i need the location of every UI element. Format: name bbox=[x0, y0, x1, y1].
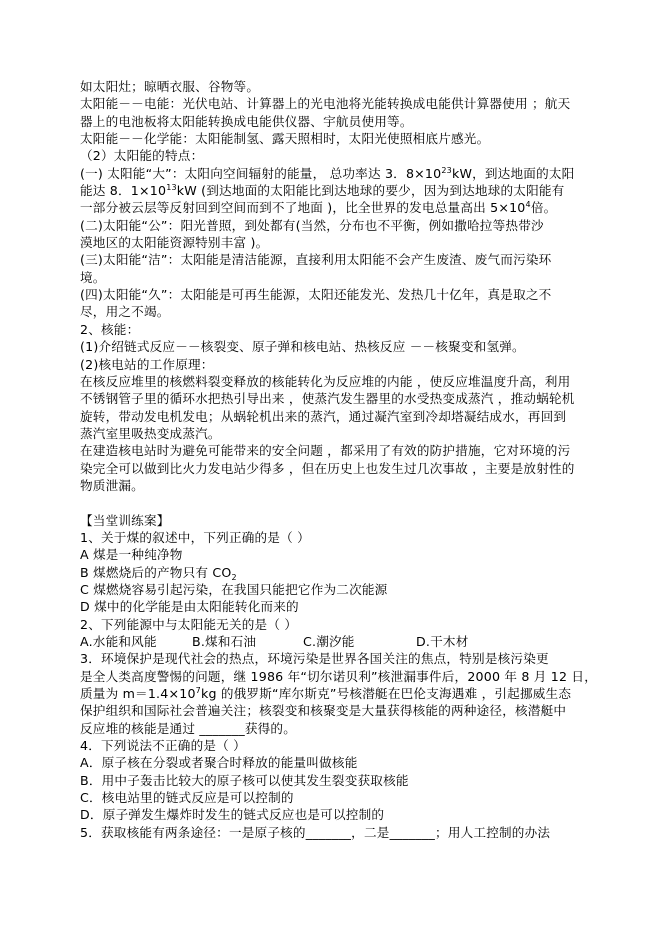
practice-heading: 【当堂训练案】 bbox=[80, 512, 585, 529]
text-line: 染完全可以做到比火力发电站少得多 ，但在历史上也发生过几次事故 ，主要是放射性的 bbox=[80, 460, 585, 477]
text: 质量为 m＝1.4×10 bbox=[80, 686, 196, 701]
text-line: (2)核电站的工作原理： bbox=[80, 356, 585, 373]
text-line: 蒸汽室里吸热变成蒸汽。 bbox=[80, 425, 585, 442]
text: 倍。 bbox=[531, 200, 557, 215]
text: (一) 太阳能“大”：太阳向空间辐射的能量， 总功率达 3．8×10 bbox=[80, 166, 441, 181]
feature-clean: 境。 bbox=[80, 269, 585, 286]
question-4-option-a: A．原子核在分裂或者聚合时释放的能量叫做核能 bbox=[80, 754, 585, 771]
text-line: (1)介绍链式反应－－核裂变、原子弹和核电站、热核反应 －－核聚变和氢弹。 bbox=[80, 338, 585, 355]
text-line: 太阳能－－电能：光伏电站、计算器上的光电池将光能转换成电能供计算器使用 ；航天 bbox=[80, 95, 585, 112]
text: 一部分被云层等反射回到空间而到不了地面 )，比全世界的发电总量高出 5×10 bbox=[80, 200, 526, 215]
question-3-line: 3．环境保护是现代社会的热点，环境污染是世界各国关注的焦点，特别是核污染更 bbox=[80, 650, 585, 667]
text-line: 在核反应堆里的核燃料裂变释放的核能转化为反应堆的内能 ，使反应堆温度升高，利用 bbox=[80, 373, 585, 390]
feature-big-line2: 能达 8．1×1013kW (到达地面的太阳能比到达地球的要少，因为到达地球的太… bbox=[80, 182, 585, 199]
question-4-option-b: B．用中子轰击比较大的原子核可以使其发生裂变获取核能 bbox=[80, 772, 585, 789]
feature-big-line1: (一) 太阳能“大”：太阳向空间辐射的能量， 总功率达 3．8×1023kW，到… bbox=[80, 165, 585, 182]
text-line: 物质泄漏。 bbox=[80, 477, 585, 494]
question-1-stem: 1、关于煤的叙述中，下列正确的是（ ） bbox=[80, 529, 585, 546]
question-4-option-c: C．核电站里的链式反应是可以控制的 bbox=[80, 789, 585, 806]
feature-clean: (三)太阳能“洁”：太阳能是清洁能源，直接利用太阳能不会产生废渣、废气而污染环 bbox=[80, 251, 585, 268]
question-3-line: 保护组织和国际社会普遍关注；核裂变和核聚变是大量获得核能的两种途径，核潜艇中 bbox=[80, 702, 585, 719]
question-2-option-d: D.干木材 bbox=[416, 633, 468, 650]
feature-big-line3: 一部分被云层等反射回到空间而到不了地面 )，比全世界的发电总量高出 5×104倍… bbox=[80, 199, 585, 216]
feature-public: (二)太阳能“公”：阳光普照，到处都有(当然，分布也不平衡，例如撒哈拉等热带沙 bbox=[80, 217, 585, 234]
text-line: 器上的电池板将太阳能转换成电能供仪器、宇航员使用等。 bbox=[80, 113, 585, 130]
feature-public: 漠地区的太阳能资源特别丰富 )。 bbox=[80, 234, 585, 251]
text-line: 太阳能－－化学能：太阳能制氢、露天照相时，太阳光使照相底片感光。 bbox=[80, 130, 585, 147]
question-3-line: 是全人类高度警惕的问题，继 1986 年“切尔诺贝利”核泄漏事件后，2000 年… bbox=[80, 668, 585, 685]
question-3-line: 反应堆的核能是通过 _______获得的。 bbox=[80, 720, 585, 737]
heading-nuclear: 2、核能： bbox=[80, 321, 585, 338]
text-line: 如太阳灶；晾晒衣服、谷物等。 bbox=[80, 78, 585, 95]
question-1-option-a: A 煤是一种纯净物 bbox=[80, 546, 585, 563]
text: 能达 8．1×10 bbox=[80, 183, 166, 198]
question-1-option-c: C 煤燃烧容易引起污染，在我国只能把它作为二次能源 bbox=[80, 581, 585, 598]
question-1-option-d: D 煤中的化学能是由太阳能转化而来的 bbox=[80, 598, 585, 615]
text-line: 不锈钢管子里的循环水把热引导出来 ，使蒸汽发生器里的水受热变成蒸汽 ，推动蜗轮机 bbox=[80, 390, 585, 407]
question-2-stem: 2、下列能源中与太阳能无关的是（ ） bbox=[80, 616, 585, 633]
text-line: 在建造核电站时为避免可能带来的安全问题 ，都采用了有效的防护措施，它对环境的污 bbox=[80, 442, 585, 459]
question-3-line: 质量为 m＝1.4×107kg 的俄罗斯“库尔斯克”号核潜艇在巴伦支海遇难 ，引… bbox=[80, 685, 585, 702]
subheading-solar-features: （2）太阳能的特点： bbox=[80, 147, 585, 164]
feature-lasting: 尽，用之不竭。 bbox=[80, 303, 585, 320]
question-4-option-d: D．原子弹发生爆炸时发生的链式反应也是可以控制的 bbox=[80, 806, 585, 823]
feature-lasting: (四)太阳能“久”：太阳能是可再生能源，太阳还能发光、发热几十亿年，真是取之不 bbox=[80, 286, 585, 303]
document-page: 如太阳灶；晾晒衣服、谷物等。 太阳能－－电能：光伏电站、计算器上的光电池将光能转… bbox=[80, 78, 585, 841]
question-4-stem: 4．下列说法不正确的是（ ） bbox=[80, 737, 585, 754]
exponent: 13 bbox=[166, 183, 177, 192]
text: kW，到达地面的太阳 bbox=[452, 166, 575, 181]
text-line: 旋转，带动发电机发电；从蜗轮机出来的蒸汽，通过凝汽室到冷却塔凝结成水，再回到 bbox=[80, 408, 585, 425]
question-1-option-b: B 煤燃烧后的产物只有 CO2 bbox=[80, 564, 585, 581]
question-2-option-b: B.煤和石油 bbox=[192, 633, 256, 650]
text: kg 的俄罗斯“库尔斯克”号核潜艇在巴伦支海遇难 ，引起挪威生态 bbox=[201, 686, 571, 701]
text: kW (到达地面的太阳能比到达地球的要少，因为到达地球的太阳能有 bbox=[177, 183, 565, 198]
question-2-option-a: A.水能和风能 bbox=[80, 633, 157, 650]
question-5-stem: 5．获取核能有两条途径：一是原子核的_______，二是_______；用人工控… bbox=[80, 824, 585, 841]
text: B 煤燃烧后的产物只有 CO bbox=[80, 565, 232, 580]
question-2-options: A.水能和风能 B.煤和石油 C.潮汐能 D.干木材 bbox=[80, 633, 585, 650]
blank-line bbox=[80, 494, 585, 511]
question-2-option-c: C.潮汐能 bbox=[303, 633, 355, 650]
exponent: 23 bbox=[441, 166, 452, 175]
